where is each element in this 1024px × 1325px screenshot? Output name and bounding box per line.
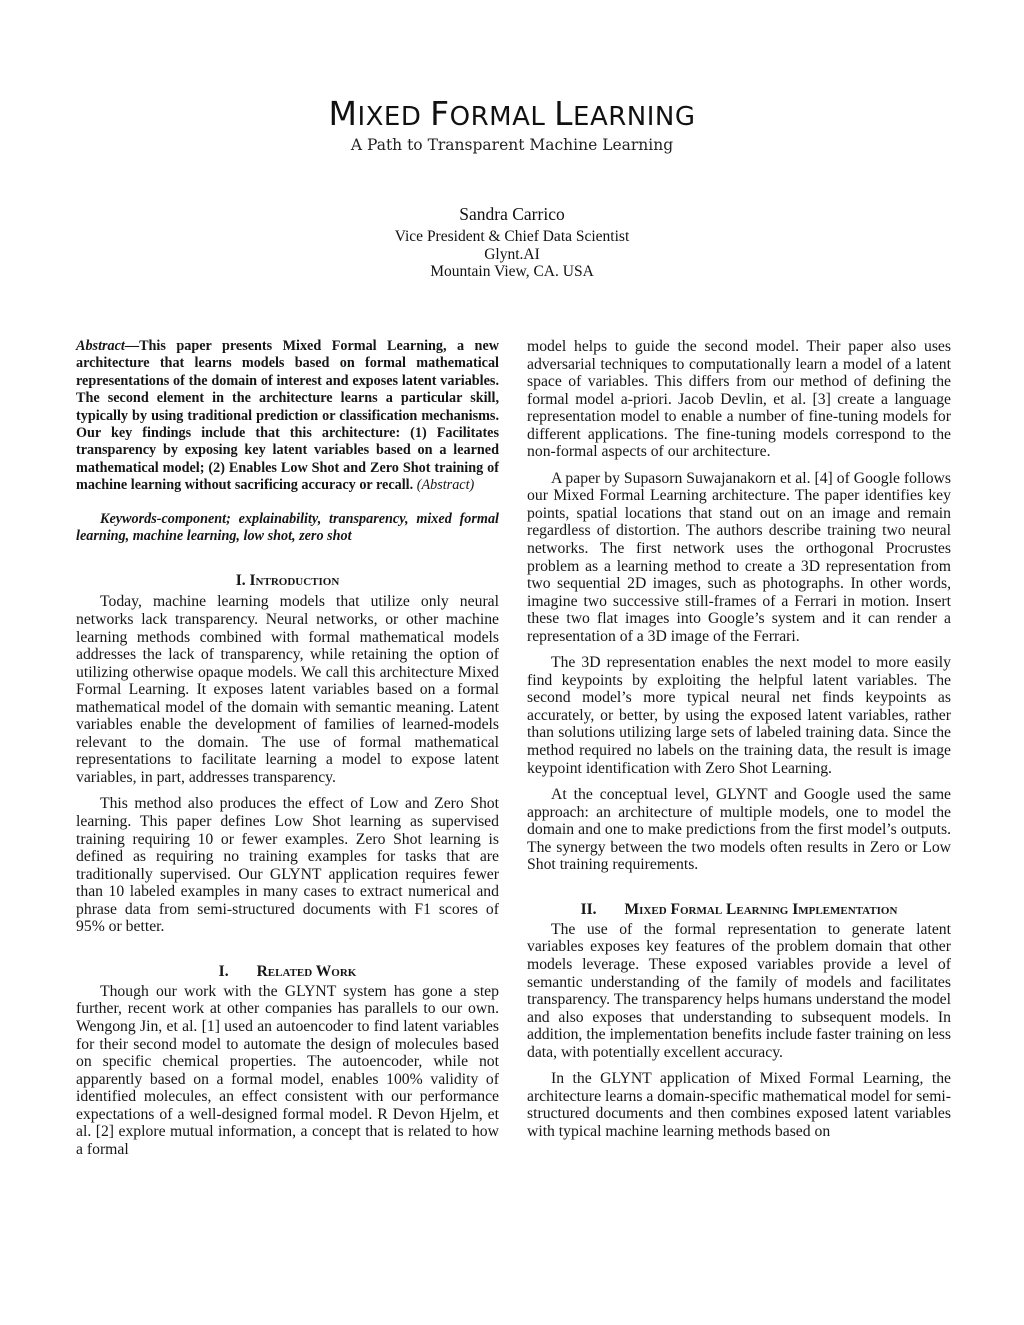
- paper-subtitle: A Path to Transparent Machine Learning: [0, 135, 1024, 155]
- paragraph: The use of the formal representation to …: [527, 921, 951, 1061]
- abstract: Abstract—This paper presents Mixed Forma…: [76, 338, 499, 495]
- paragraph-continued: model helps to guide the second model. T…: [527, 338, 951, 461]
- author-block: Sandra Carrico Vice President & Chief Da…: [0, 203, 1024, 281]
- section-title: Mixed Formal Learning Implementation: [625, 901, 898, 918]
- section-heading-introduction: I. Introduction: [76, 572, 499, 590]
- paragraph: Today, machine learning models that util…: [76, 593, 499, 786]
- abstract-text: —This paper presents Mixed Formal Learni…: [76, 338, 499, 493]
- paragraph: A paper by Supasorn Suwajanakorn et al. …: [527, 470, 951, 645]
- paragraph: At the conceptual level, GLYNT and Googl…: [527, 786, 951, 874]
- title-initial: L: [554, 94, 573, 133]
- keywords: Keywords-component; explainability, tran…: [76, 511, 499, 546]
- section-heading-implementation: II.Mixed Formal Learning Implementation: [527, 901, 951, 919]
- section-number: II.: [581, 901, 597, 918]
- right-column: model helps to guide the second model. T…: [527, 338, 951, 1140]
- section-title: Introduction: [250, 572, 340, 589]
- title-word: ORMAL: [450, 102, 546, 132]
- paper-title: MIXED FORMAL LEARNING: [0, 97, 1024, 134]
- section-heading-related-work: I.Related Work: [76, 963, 499, 981]
- title-initial: F: [430, 94, 449, 133]
- abstract-tail: (Abstract): [417, 477, 475, 493]
- left-column: Abstract—This paper presents Mixed Forma…: [76, 338, 499, 1158]
- paragraph: Though our work with the GLYNT system ha…: [76, 983, 499, 1158]
- section-title: Related Work: [257, 963, 357, 980]
- abstract-label: Abstract: [76, 338, 125, 354]
- section-number: I.: [219, 963, 229, 980]
- paragraph: This method also produces the effect of …: [76, 795, 499, 935]
- paragraph: The 3D representation enables the next m…: [527, 654, 951, 777]
- author-affiliation: Glynt.AI: [0, 246, 1024, 264]
- title-initial: M: [328, 94, 357, 133]
- author-location: Mountain View, CA. USA: [0, 263, 1024, 281]
- author-name: Sandra Carrico: [0, 203, 1024, 225]
- title-word: IXED: [357, 102, 421, 132]
- title-word: EARNING: [573, 102, 696, 132]
- paragraph: In the GLYNT application of Mixed Formal…: [527, 1070, 951, 1140]
- author-position: Vice President & Chief Data Scientist: [0, 228, 1024, 246]
- title-block: MIXED FORMAL LEARNING A Path to Transpar…: [0, 97, 1024, 155]
- section-number: I.: [236, 572, 246, 589]
